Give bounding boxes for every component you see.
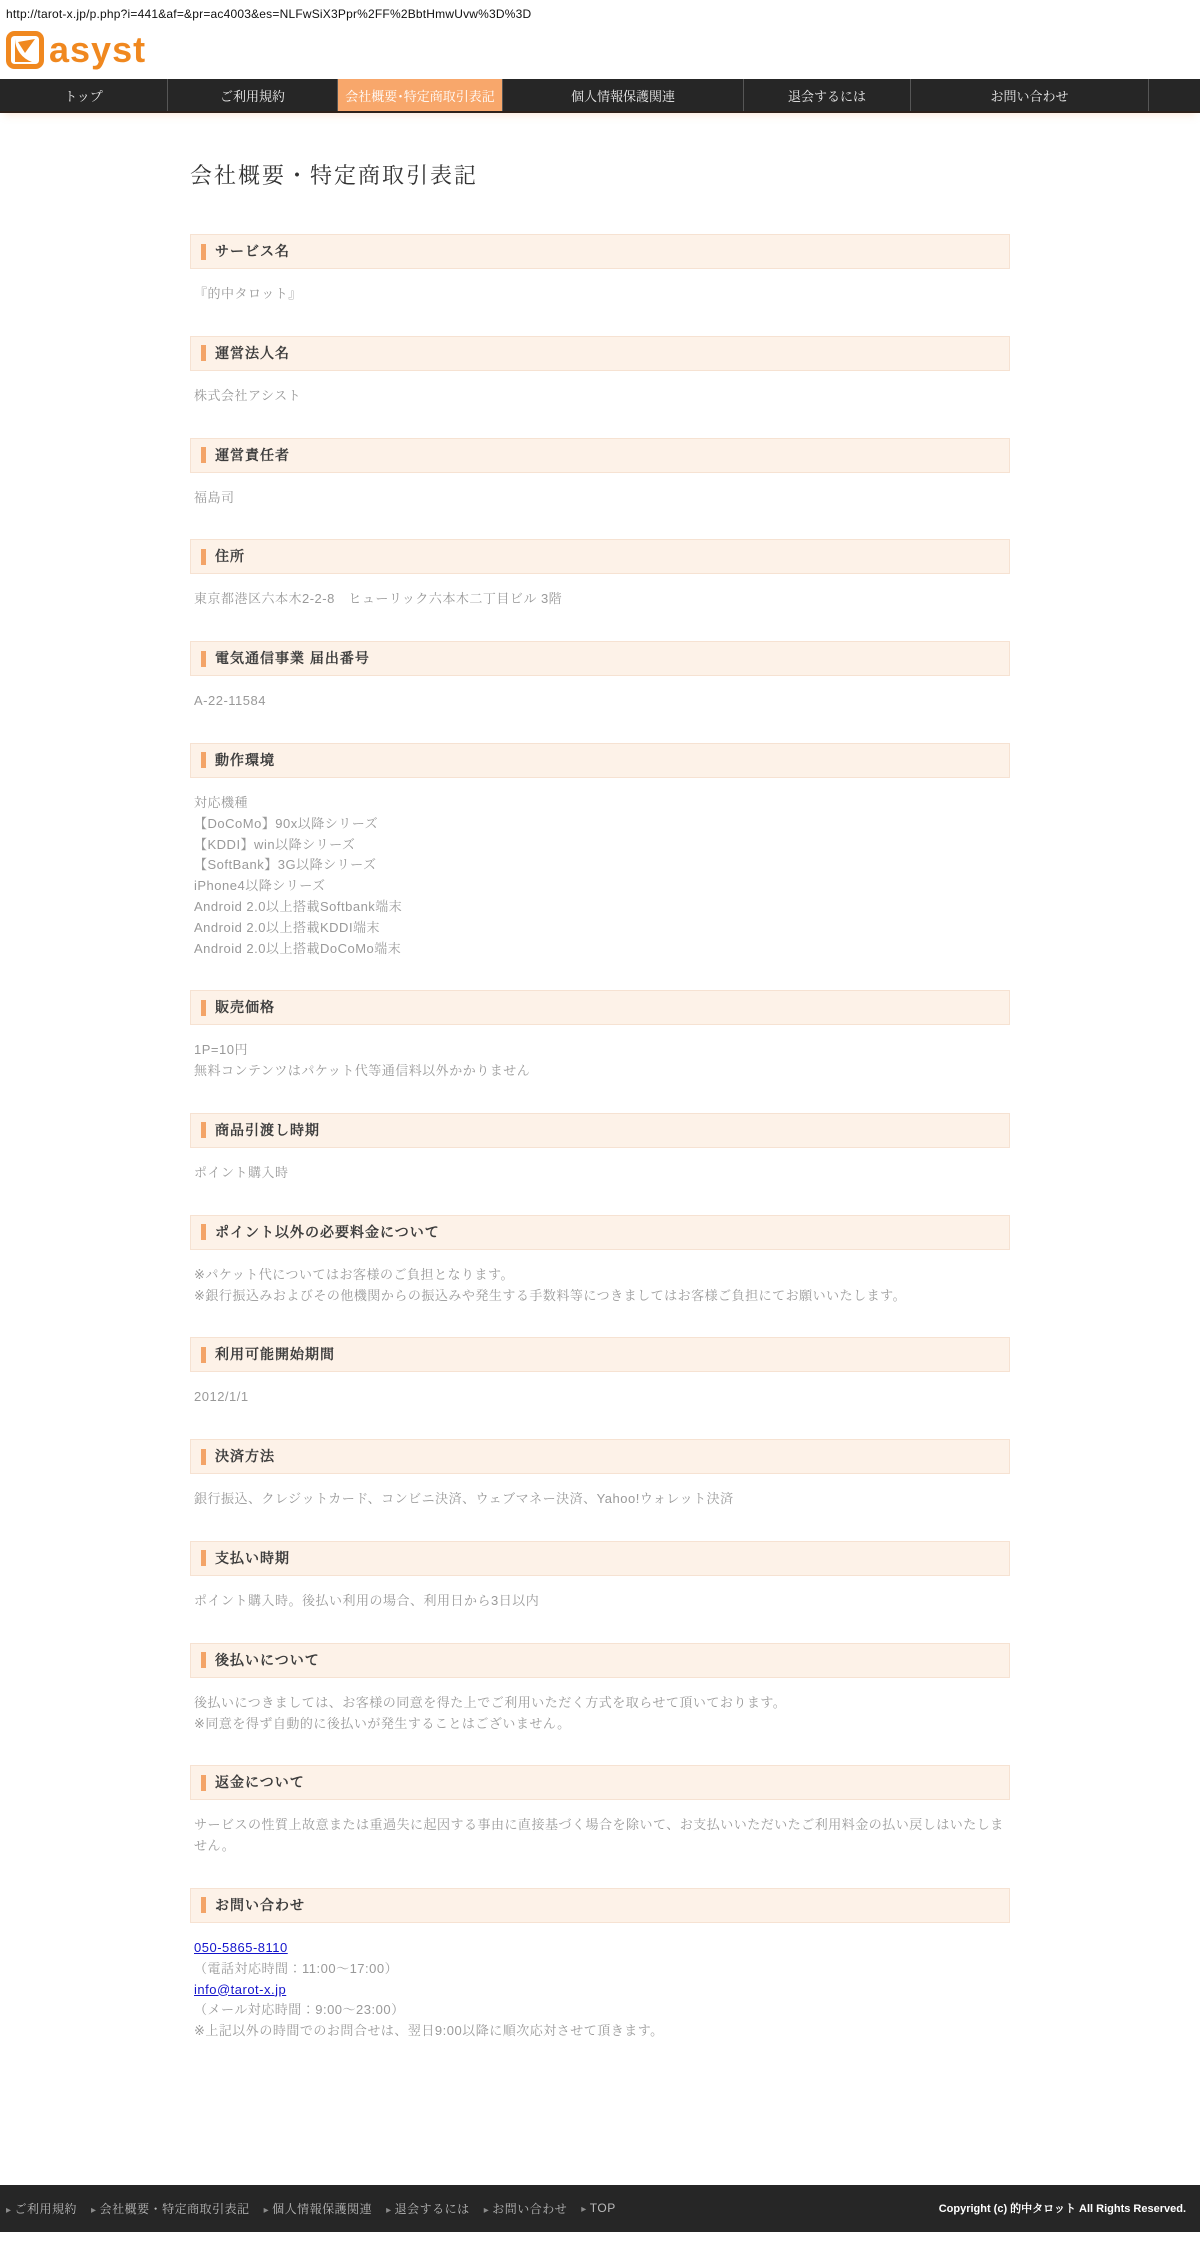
section-body: 銀行振込、クレジットカード、コンビニ決済、ウェブマネー決済、Yahoo!ウォレッ… [190, 1489, 1010, 1510]
nav-item-label: ご利用規約 [220, 86, 285, 105]
nav-item-label: 会社概要･特定商取引表記 [345, 86, 495, 105]
section-heading: 支払い時期 [215, 1550, 290, 1567]
footer-link[interactable]: TOP [581, 2201, 615, 2215]
logo-icon [5, 29, 47, 71]
section-heading: 住所 [215, 548, 245, 565]
body-text-line: ポイント購入時 [194, 1163, 1010, 1184]
accent-bar-icon [201, 1897, 206, 1913]
section-body: 対応機種【DoCoMo】90x以降シリーズ【KDDI】win以降シリーズ【Sof… [190, 793, 1010, 959]
nav-item-label: お問い合わせ [990, 86, 1068, 105]
section-body: 2012/1/1 [190, 1387, 1010, 1408]
body-text-line: 【KDDI】win以降シリーズ [194, 835, 1010, 856]
info-section: ポイント以外の必要料金について ※パケット代についてはお客様のご負担となります。… [190, 1215, 1010, 1307]
section-heading: 後払いについて [215, 1652, 320, 1669]
nav-item-label: トップ [64, 86, 103, 105]
body-text-line: 株式会社アシスト [194, 386, 1010, 407]
section-heading: 利用可能開始期間 [215, 1346, 335, 1363]
footer-link[interactable]: 退会するには [386, 2200, 470, 2217]
body-text-line: ポイント購入時。後払い利用の場合、利用日から3日以内 [194, 1591, 1010, 1612]
info-section: 返金について サービスの性質上故意または重過失に起因する事由に直接基づく場合を除… [190, 1765, 1010, 1857]
body-text-line: （メール対応時間：9:00～23:00） [194, 2000, 1010, 2021]
body-text-line: ※パケット代についてはお客様のご負担となります。 [194, 1265, 1010, 1286]
footer-link[interactable]: 会社概要・特定商取引表記 [91, 2200, 250, 2217]
body-text-line: iPhone4以降シリーズ [194, 876, 1010, 897]
main-nav: トップ ご利用規約 会社概要･特定商取引表記 個人情報保護関連 退会するには お… [0, 79, 1200, 113]
info-section: 運営法人名 株式会社アシスト [190, 336, 1010, 407]
nav-item[interactable]: 会社概要･特定商取引表記 [337, 79, 502, 111]
logo-text: asyst [49, 32, 146, 68]
body-text-line: 【DoCoMo】90x以降シリーズ [194, 814, 1010, 835]
footer-links: ご利用規約会社概要・特定商取引表記個人情報保護関連退会するにはお問い合わせTOP [6, 2200, 630, 2217]
section-heading: 動作環境 [215, 752, 275, 769]
section-header: 住所 [190, 539, 1010, 574]
accent-bar-icon [201, 244, 206, 260]
body-text-line: 【SoftBank】3G以降シリーズ [194, 855, 1010, 876]
section-heading: 返金について [215, 1774, 305, 1791]
body-text-line: 銀行振込、クレジットカード、コンビニ決済、ウェブマネー決済、Yahoo!ウォレッ… [194, 1489, 1010, 1510]
site-header: asyst [0, 23, 1200, 79]
footer-link[interactable]: ご利用規約 [6, 2200, 77, 2217]
body-text-line: 後払いにつきましては、お客様の同意を得た上でご利用いただく方式を取らせて頂いてお… [194, 1693, 1010, 1714]
footer-link[interactable]: 個人情報保護関連 [264, 2200, 373, 2217]
section-heading: 販売価格 [215, 999, 275, 1016]
body-text-line: 1P=10円 [194, 1040, 1010, 1061]
footer-link[interactable]: お問い合わせ [484, 2200, 568, 2217]
nav-item[interactable]: 退会するには [743, 79, 910, 111]
accent-bar-icon [201, 752, 206, 768]
body-text-line: ※同意を得ず自動的に後払いが発生することはございません。 [194, 1714, 1010, 1735]
body-text-line: ※銀行振込みおよびその他機関からの振込みや発生する手数料等につきましてはお客様ご… [194, 1286, 1010, 1307]
section-body: 東京都港区六本木2-2-8 ヒューリック六本木二丁目ビル 3階 [190, 589, 1010, 610]
accent-bar-icon [201, 1550, 206, 1566]
section-header: ポイント以外の必要料金について [190, 1215, 1010, 1250]
info-section: 後払いについて 後払いにつきましては、お客様の同意を得た上でご利用いただく方式を… [190, 1643, 1010, 1735]
section-body: 050-5865-8110 （電話対応時間：11:00～17:00） info@… [190, 1938, 1010, 2042]
section-header: 返金について [190, 1765, 1010, 1800]
body-text-line: Android 2.0以上搭載KDDI端末 [194, 918, 1010, 939]
info-section: 商品引渡し時期 ポイント購入時 [190, 1113, 1010, 1184]
section-header: 動作環境 [190, 743, 1010, 778]
page-url-text: http://tarot-x.jp/p.php?i=441&af=&pr=ac4… [0, 0, 1200, 23]
main-content: 会社概要・特定商取引表記 サービス名 『的中タロット』 運営法人名 株式会社アシ… [190, 113, 1010, 2185]
accent-bar-icon [201, 1000, 206, 1016]
body-link-line: 050-5865-8110 [194, 1938, 1010, 1959]
info-section: 販売価格 1P=10円無料コンテンツはパケット代等通信料以外かかりません [190, 990, 1010, 1082]
page: http://tarot-x.jp/p.php?i=441&af=&pr=ac4… [0, 0, 1200, 2232]
section-body: 株式会社アシスト [190, 386, 1010, 407]
section-header: 決済方法 [190, 1439, 1010, 1474]
section-header: お問い合わせ [190, 1888, 1010, 1923]
info-section: 利用可能開始期間 2012/1/1 [190, 1337, 1010, 1408]
section-body: 1P=10円無料コンテンツはパケット代等通信料以外かかりません [190, 1040, 1010, 1082]
section-body: 『的中タロット』 [190, 284, 1010, 305]
section-heading: 電気通信事業 届出番号 [215, 650, 370, 667]
section-heading: 運営責任者 [215, 447, 290, 464]
body-link-line: info@tarot-x.jp [194, 1980, 1010, 2001]
body-text-line: 2012/1/1 [194, 1387, 1010, 1408]
copyright-text: Copyright (c) 的中タロット All Rights Reserved… [939, 2200, 1186, 2216]
footer: ご利用規約会社概要・特定商取引表記個人情報保護関連退会するにはお問い合わせTOP… [0, 2185, 1200, 2232]
section-body: ポイント購入時 [190, 1163, 1010, 1184]
section-header: 利用可能開始期間 [190, 1337, 1010, 1372]
nav-item-label: 個人情報保護関連 [571, 86, 675, 105]
section-heading: ポイント以外の必要料金について [215, 1224, 440, 1241]
nav-spacer [1148, 79, 1200, 111]
info-section: 決済方法 銀行振込、クレジットカード、コンビニ決済、ウェブマネー決済、Yahoo… [190, 1439, 1010, 1510]
nav-item[interactable]: お問い合わせ [910, 79, 1148, 111]
accent-bar-icon [201, 1347, 206, 1363]
section-body: 福島司 [190, 488, 1010, 509]
info-section: 住所 東京都港区六本木2-2-8 ヒューリック六本木二丁目ビル 3階 [190, 539, 1010, 610]
section-heading: 商品引渡し時期 [215, 1122, 320, 1139]
section-body: A-22-11584 [190, 691, 1010, 712]
section-body: ポイント購入時。後払い利用の場合、利用日から3日以内 [190, 1591, 1010, 1612]
nav-item[interactable]: ご利用規約 [167, 79, 337, 111]
logo-link[interactable]: asyst [5, 29, 146, 71]
accent-bar-icon [201, 447, 206, 463]
body-text-line: ※上記以外の時間でのお問合せは、翌日9:00以降に順次応対させて頂きます。 [194, 2021, 1010, 2042]
section-header: 後払いについて [190, 1643, 1010, 1678]
accent-bar-icon [201, 1449, 206, 1465]
body-text-line: A-22-11584 [194, 691, 1010, 712]
section-body: ※パケット代についてはお客様のご負担となります。※銀行振込みおよびその他機関から… [190, 1265, 1010, 1307]
section-header: 商品引渡し時期 [190, 1113, 1010, 1148]
section-heading: お問い合わせ [215, 1897, 305, 1914]
body-text-line: 無料コンテンツはパケット代等通信料以外かかりません [194, 1061, 1010, 1082]
body-text-line: サービスの性質上故意または重過失に起因する事由に直接基づく場合を除いて、お支払い… [194, 1815, 1010, 1857]
accent-bar-icon [201, 345, 206, 361]
body-text-line: Android 2.0以上搭載DoCoMo端末 [194, 939, 1010, 960]
accent-bar-icon [201, 1775, 206, 1791]
body-text-line: 東京都港区六本木2-2-8 ヒューリック六本木二丁目ビル 3階 [194, 589, 1010, 610]
section-list: サービス名 『的中タロット』 運営法人名 株式会社アシスト 運営責任者 福島司 … [190, 234, 1010, 2042]
nav-items: トップ ご利用規約 会社概要･特定商取引表記 個人情報保護関連 退会するには お… [0, 79, 1148, 111]
section-header: サービス名 [190, 234, 1010, 269]
accent-bar-icon [201, 1122, 206, 1138]
section-body: サービスの性質上故意または重過失に起因する事由に直接基づく場合を除いて、お支払い… [190, 1815, 1010, 1857]
body-text-line: 『的中タロット』 [194, 284, 1010, 305]
nav-item-label: 退会するには [788, 86, 866, 105]
section-heading: サービス名 [215, 243, 290, 260]
section-body: 後払いにつきましては、お客様の同意を得た上でご利用いただく方式を取らせて頂いてお… [190, 1693, 1010, 1735]
accent-bar-icon [201, 651, 206, 667]
section-heading: 運営法人名 [215, 345, 290, 362]
accent-bar-icon [201, 1224, 206, 1240]
info-section: 電気通信事業 届出番号 A-22-11584 [190, 641, 1010, 712]
page-title: 会社概要・特定商取引表記 [190, 159, 1010, 190]
section-header: 販売価格 [190, 990, 1010, 1025]
info-section: 支払い時期 ポイント購入時。後払い利用の場合、利用日から3日以内 [190, 1541, 1010, 1612]
nav-item[interactable]: トップ [0, 79, 167, 111]
section-header: 運営責任者 [190, 438, 1010, 473]
section-header: 電気通信事業 届出番号 [190, 641, 1010, 676]
info-section: 動作環境 対応機種【DoCoMo】90x以降シリーズ【KDDI】win以降シリー… [190, 743, 1010, 959]
info-section: お問い合わせ 050-5865-8110 （電話対応時間：11:00～17:00… [190, 1888, 1010, 2042]
body-text-line: Android 2.0以上搭載Softbank端末 [194, 897, 1010, 918]
body-text-line: 福島司 [194, 488, 1010, 509]
body-text-line: 対応機種 [194, 793, 1010, 814]
section-header: 支払い時期 [190, 1541, 1010, 1576]
contact-link[interactable]: 050-5865-8110 [194, 1940, 288, 1955]
nav-item[interactable]: 個人情報保護関連 [502, 79, 743, 111]
info-section: サービス名 『的中タロット』 [190, 234, 1010, 305]
body-text-line: （電話対応時間：11:00～17:00） [194, 1959, 1010, 1980]
accent-bar-icon [201, 549, 206, 565]
info-section: 運営責任者 福島司 [190, 438, 1010, 509]
section-header: 運営法人名 [190, 336, 1010, 371]
section-heading: 決済方法 [215, 1448, 275, 1465]
contact-link[interactable]: info@tarot-x.jp [194, 1982, 286, 1997]
accent-bar-icon [201, 1652, 206, 1668]
